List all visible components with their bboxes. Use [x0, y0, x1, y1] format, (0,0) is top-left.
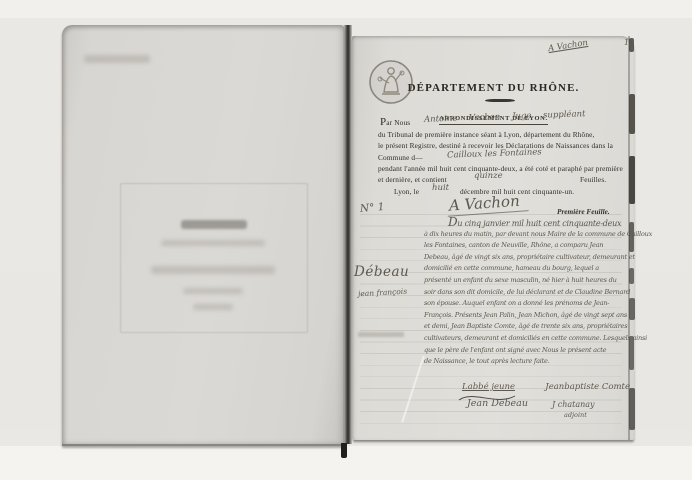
signature-declarant: Jean Debeau [467, 398, 528, 409]
header-ornament [485, 99, 515, 102]
scan-background-top [0, 0, 692, 18]
act-line: François. Présents Jean Palin, Jean Mich… [424, 310, 630, 322]
preamble-commune-label: Commune d— [378, 153, 423, 162]
preamble-lyon-label: Lyon, le [394, 187, 419, 196]
bleedthrough-line [181, 220, 247, 229]
act-line: à dix heures du matin, par devant nous M… [424, 229, 630, 241]
hand-commune-name: Cailloux les Fontaines [447, 147, 542, 160]
act-line: de Naissance, le tout après lecture fait… [424, 356, 630, 368]
act-line: domicilié en cette commune, hameau du bo… [424, 263, 630, 275]
act-line: Du cinq janvier mil huit cent cinquante-… [424, 217, 630, 229]
officer-signature: A Vachon [446, 191, 528, 217]
act-line: les Fontaines, canton de Neuville, Rhône… [424, 240, 630, 252]
bleedthrough-line [151, 266, 275, 274]
feuilles-label: Feuilles. [580, 175, 606, 184]
margin-faint-note [358, 332, 404, 337]
book-gutter [343, 25, 352, 444]
left-page [62, 25, 344, 446]
folio-number: 1 [624, 38, 629, 47]
act-line: son épouse. Auquel enfant on a donné les… [424, 298, 630, 310]
preamble-tribunal: du Tribunal de première instance séant à… [378, 130, 595, 139]
bleedthrough-line [183, 288, 243, 294]
premiere-feuille-label: Première Feuille. [557, 207, 610, 216]
act-line: présenté un enfant du sexe masculin, né … [424, 275, 630, 287]
preamble-par-nous: Par Nous [380, 116, 410, 128]
corner-paraph: A Vachon [547, 38, 588, 54]
act-line: soir dans son dit domicile, de lui décla… [424, 287, 630, 299]
hand-feuilles-count: quinze [474, 171, 503, 181]
signature-officer: J chatanay [552, 400, 595, 409]
margin-surname: Débeau [354, 264, 409, 280]
hand-date-day: huit [432, 183, 449, 193]
act-line: que le père de l'enfant ont signé avec N… [424, 345, 630, 357]
act-line: Debeau, âgé de vingt six ans, propriétai… [424, 252, 630, 264]
act-body: Du cinq janvier mil huit cent cinquante-… [424, 217, 630, 368]
margin-act-number: N° 1 [360, 201, 385, 215]
right-page: A Vachon 1 DÉPARTEMENT DU RHÔNE. ARRONDI… [352, 36, 635, 440]
signature-witness-2: Jeanbaptiste Comte [545, 382, 630, 392]
act-line: cultivateurs, demeurant et domiciliés en… [424, 333, 630, 345]
scanned-register-page: A Vachon 1 DÉPARTEMENT DU RHÔNE. ARRONDI… [0, 0, 692, 480]
bleedthrough-title-frame [120, 183, 308, 333]
binding-tail [341, 443, 347, 458]
left-page-smudge-top [84, 55, 150, 63]
signature-officer-role: adjoint [564, 411, 587, 419]
act-line: et demi, Jean Baptiste Comte, âgé de tre… [424, 321, 630, 333]
bleedthrough-line [161, 240, 265, 246]
signature-witness-1: Labbé jeune [462, 382, 515, 392]
bleedthrough-line [193, 304, 233, 310]
signature-row: Labbé jeune Jeanbaptiste Comte [462, 382, 630, 392]
department-title: DÉPARTEMENT DU RHÔNE. [352, 82, 635, 94]
